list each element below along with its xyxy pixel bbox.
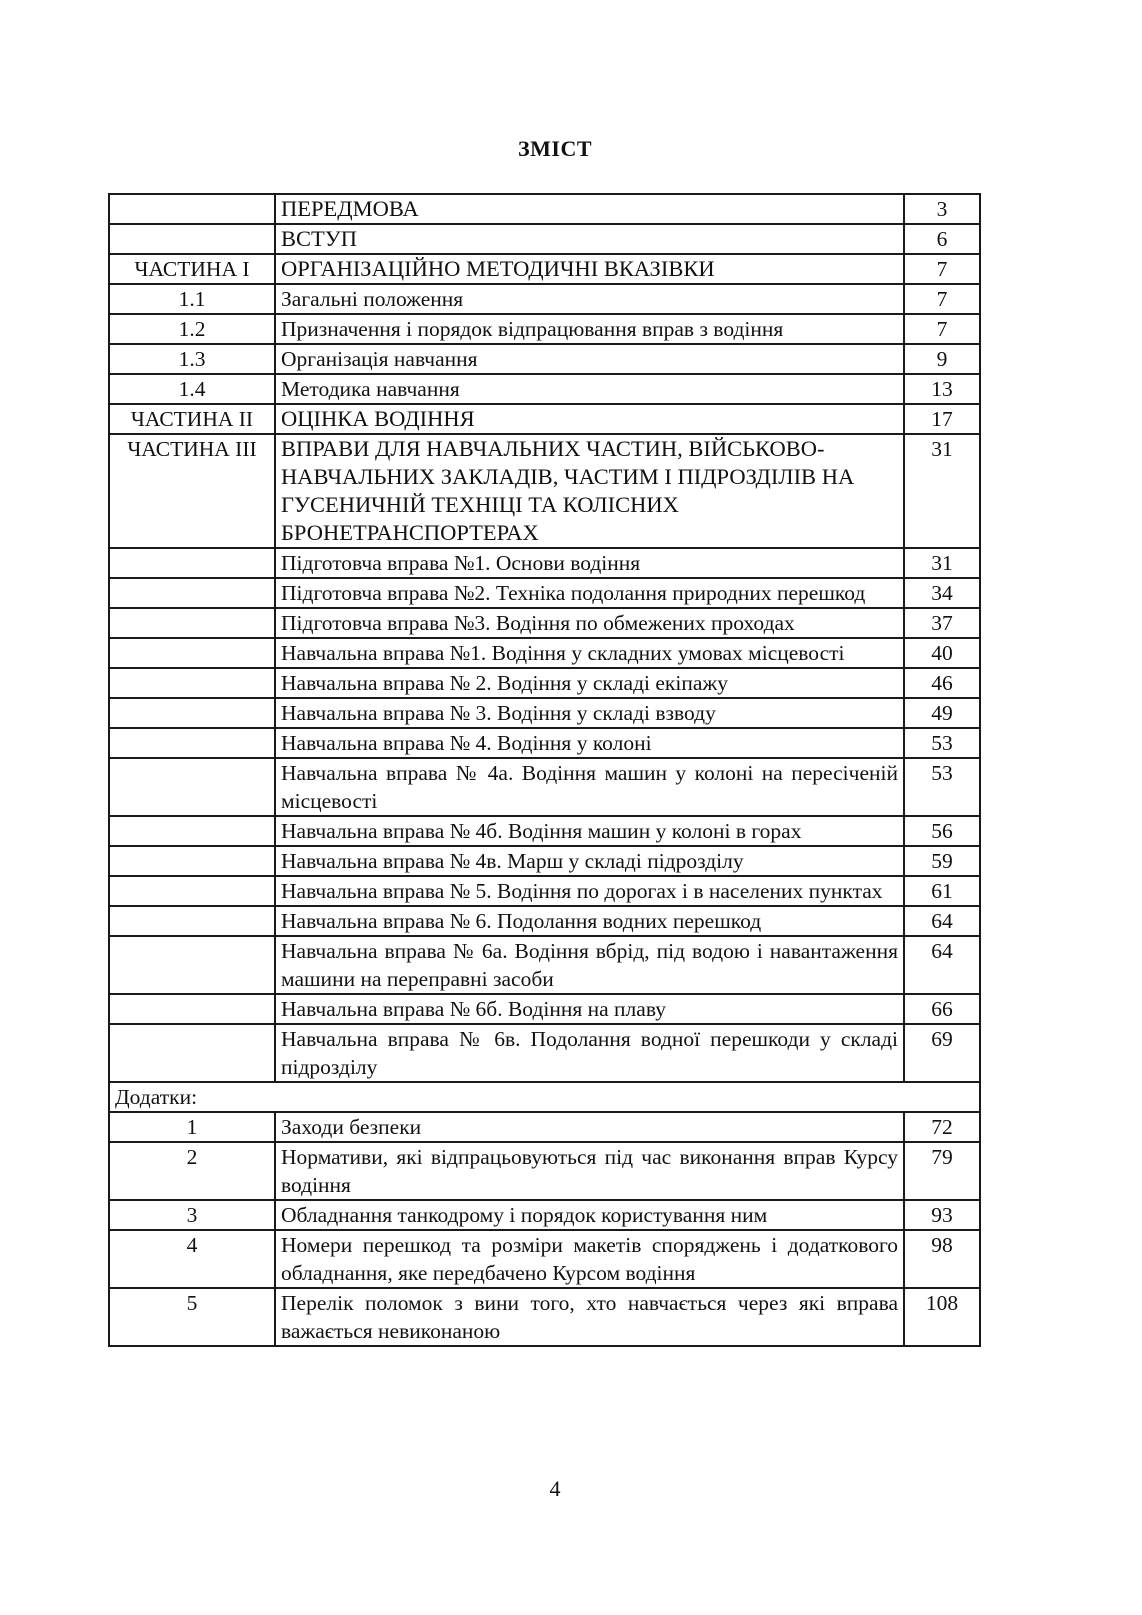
toc-section-number	[109, 608, 275, 638]
toc-row: Навчальна вправа № 6. Подолання водних п…	[109, 906, 980, 936]
toc-row: ВСТУП6	[109, 224, 980, 254]
toc-page-number: 31	[904, 434, 980, 548]
toc-entry-title: Навчальна вправа № 4. Водіння у колоні	[275, 728, 904, 758]
toc-page-number: 13	[904, 374, 980, 404]
toc-entry-title: Перелік поломок з вини того, хто навчаєт…	[275, 1288, 904, 1346]
toc-section-number: ЧАСТИНА I	[109, 254, 275, 284]
toc-section-number	[109, 1024, 275, 1082]
toc-page-number: 93	[904, 1200, 980, 1230]
toc-page-number: 7	[904, 254, 980, 284]
toc-page-number: 108	[904, 1288, 980, 1346]
toc-section-number	[109, 994, 275, 1024]
toc-body: ПЕРЕДМОВА3ВСТУП6ЧАСТИНА IОРГАНІЗАЦІЙНО М…	[109, 194, 980, 1346]
toc-row: Навчальна вправа № 6в. Подолання водної …	[109, 1024, 980, 1082]
toc-entry-title: Навчальна вправа № 4а. Водіння машин у к…	[275, 758, 904, 816]
toc-entry-title: ОРГАНІЗАЦІЙНО МЕТОДИЧНІ ВКАЗІВКИ	[275, 254, 904, 284]
toc-page-number: 31	[904, 548, 980, 578]
toc-row: 1Заходи безпеки72	[109, 1112, 980, 1142]
toc-entry-title: Навчальна вправа № 6. Подолання водних п…	[275, 906, 904, 936]
toc-row: Підготовча вправа №2. Техніка подолання …	[109, 578, 980, 608]
toc-row: ЧАСТИНА IОРГАНІЗАЦІЙНО МЕТОДИЧНІ ВКАЗІВК…	[109, 254, 980, 284]
toc-page-number: 7	[904, 284, 980, 314]
toc-entry-title: ПЕРЕДМОВА	[275, 194, 904, 224]
toc-row: Навчальна вправа № 4а. Водіння машин у к…	[109, 758, 980, 816]
toc-section-number: 1.4	[109, 374, 275, 404]
toc-section-number	[109, 638, 275, 668]
toc-entry-title: Обладнання танкодрому і порядок користув…	[275, 1200, 904, 1230]
toc-page-number: 6	[904, 224, 980, 254]
toc-page-number: 34	[904, 578, 980, 608]
toc-section-number	[109, 698, 275, 728]
toc-row: Навчальна вправа № 5. Водіння по дорогах…	[109, 876, 980, 906]
toc-page-number: 79	[904, 1142, 980, 1200]
toc-page-number: 7	[904, 314, 980, 344]
toc-page-number: 64	[904, 936, 980, 994]
toc-entry-title: Навчальна вправа № 3. Водіння у складі в…	[275, 698, 904, 728]
toc-entry-title: Загальні положення	[275, 284, 904, 314]
toc-row: 1.1Загальні положення7	[109, 284, 980, 314]
toc-section-number: ЧАСТИНА III	[109, 434, 275, 548]
toc-row: Навчальна вправа № 4в. Марш у складі під…	[109, 846, 980, 876]
toc-row: Навчальна вправа № 6а. Водіння вбрід, пі…	[109, 936, 980, 994]
toc-page-number: 46	[904, 668, 980, 698]
toc-section-number	[109, 936, 275, 994]
toc-entry-title: Навчальна вправа № 6в. Подолання водної …	[275, 1024, 904, 1082]
toc-row: 2Нормативи, які відпрацьовуються під час…	[109, 1142, 980, 1200]
toc-section-number: 2	[109, 1142, 275, 1200]
toc-entry-title: ОЦІНКА ВОДІННЯ	[275, 404, 904, 434]
toc-page-number: 40	[904, 638, 980, 668]
toc-section-number	[109, 224, 275, 254]
toc-row: 1.2Призначення і порядок відпрацювання в…	[109, 314, 980, 344]
toc-section-number	[109, 758, 275, 816]
toc-page-number: 17	[904, 404, 980, 434]
toc-row: 4Номери перешкод та розміри макетів спор…	[109, 1230, 980, 1288]
toc-section-number: 1.3	[109, 344, 275, 374]
appendix-header-row: Додатки:	[109, 1082, 980, 1112]
toc-row: ЧАСТИНА IIIВПРАВИ ДЛЯ НАВЧАЛЬНИХ ЧАСТИН,…	[109, 434, 980, 548]
toc-section-number: 1	[109, 1112, 275, 1142]
toc-row: Навчальна вправа № 4б. Водіння машин у к…	[109, 816, 980, 846]
toc-page-number: 53	[904, 728, 980, 758]
toc-page-number: 59	[904, 846, 980, 876]
toc-entry-title: Номери перешкод та розміри макетів споря…	[275, 1230, 904, 1288]
toc-row: ЧАСТИНА IIОЦІНКА ВОДІННЯ17	[109, 404, 980, 434]
toc-entry-title: Навчальна вправа №1. Водіння у складних …	[275, 638, 904, 668]
toc-entry-title: Навчальна вправа № 6а. Водіння вбрід, пі…	[275, 936, 904, 994]
table-of-contents: ПЕРЕДМОВА3ВСТУП6ЧАСТИНА IОРГАНІЗАЦІЙНО М…	[108, 193, 981, 1347]
toc-entry-title: Методика навчання	[275, 374, 904, 404]
toc-section-number	[109, 906, 275, 936]
toc-row: 3Обладнання танкодрому і порядок користу…	[109, 1200, 980, 1230]
toc-row: 1.4Методика навчання13	[109, 374, 980, 404]
toc-row: Навчальна вправа №1. Водіння у складних …	[109, 638, 980, 668]
toc-entry-title: Навчальна вправа № 2. Водіння у складі е…	[275, 668, 904, 698]
toc-page-number: 98	[904, 1230, 980, 1288]
page-number: 4	[0, 1476, 1110, 1502]
toc-row: Навчальна вправа № 2. Водіння у складі е…	[109, 668, 980, 698]
toc-page-number: 37	[904, 608, 980, 638]
toc-page-number: 53	[904, 758, 980, 816]
toc-section-number	[109, 194, 275, 224]
toc-section-number: 3	[109, 1200, 275, 1230]
toc-row: Навчальна вправа № 3. Водіння у складі в…	[109, 698, 980, 728]
toc-entry-title: Навчальна вправа № 5. Водіння по дорогах…	[275, 876, 904, 906]
toc-entry-title: ВСТУП	[275, 224, 904, 254]
toc-row: 5Перелік поломок з вини того, хто навчає…	[109, 1288, 980, 1346]
toc-row: 1.3Організація навчання9	[109, 344, 980, 374]
toc-entry-title: Підготовча вправа №1. Основи водіння	[275, 548, 904, 578]
toc-row: Підготовча вправа №1. Основи водіння31	[109, 548, 980, 578]
toc-page-number: 66	[904, 994, 980, 1024]
toc-page-number: 3	[904, 194, 980, 224]
toc-section-number	[109, 578, 275, 608]
toc-page-number: 61	[904, 876, 980, 906]
toc-entry-title: Призначення і порядок відпрацювання впра…	[275, 314, 904, 344]
toc-section-number: 1.2	[109, 314, 275, 344]
toc-section-number	[109, 816, 275, 846]
toc-entry-title: Навчальна вправа № 4б. Водіння машин у к…	[275, 816, 904, 846]
toc-entry-title: Організація навчання	[275, 344, 904, 374]
toc-section-number	[109, 876, 275, 906]
toc-section-number	[109, 668, 275, 698]
toc-section-number: 4	[109, 1230, 275, 1288]
toc-entry-title: Заходи безпеки	[275, 1112, 904, 1142]
toc-row: Навчальна вправа № 4. Водіння у колоні53	[109, 728, 980, 758]
toc-row: Підготовча вправа №3. Водіння по обмежен…	[109, 608, 980, 638]
toc-page-number: 72	[904, 1112, 980, 1142]
toc-page-number: 49	[904, 698, 980, 728]
toc-page-number: 56	[904, 816, 980, 846]
toc-section-number	[109, 846, 275, 876]
toc-page-number: 9	[904, 344, 980, 374]
toc-entry-title: Навчальна вправа № 4в. Марш у складі під…	[275, 846, 904, 876]
toc-section-number	[109, 548, 275, 578]
page-title: ЗМІСТ	[0, 136, 1110, 162]
toc-section-number: 1.1	[109, 284, 275, 314]
toc-entry-title: ВПРАВИ ДЛЯ НАВЧАЛЬНИХ ЧАСТИН, ВІЙСЬКОВО-…	[275, 434, 904, 548]
toc-section-number	[109, 728, 275, 758]
toc-row: Навчальна вправа № 6б. Водіння на плаву6…	[109, 994, 980, 1024]
toc-section-number: ЧАСТИНА II	[109, 404, 275, 434]
appendix-label: Додатки:	[109, 1082, 980, 1112]
toc-entry-title: Підготовча вправа №2. Техніка подолання …	[275, 578, 904, 608]
toc-row: ПЕРЕДМОВА3	[109, 194, 980, 224]
toc-section-number: 5	[109, 1288, 275, 1346]
toc-entry-title: Нормативи, які відпрацьовуються під час …	[275, 1142, 904, 1200]
toc-page-number: 69	[904, 1024, 980, 1082]
toc-entry-title: Навчальна вправа № 6б. Водіння на плаву	[275, 994, 904, 1024]
toc-entry-title: Підготовча вправа №3. Водіння по обмежен…	[275, 608, 904, 638]
toc-page-number: 64	[904, 906, 980, 936]
